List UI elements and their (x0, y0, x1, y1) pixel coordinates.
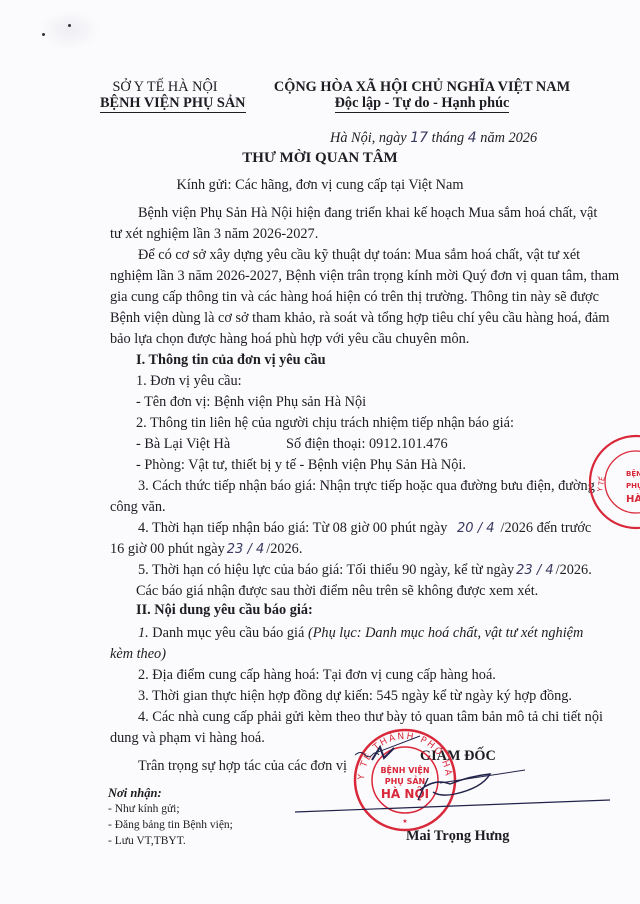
signature-strokes (0, 0, 640, 904)
document-page: SỞ Y TẾ HÀ NỘI BỆNH VIỆN PHỤ SẢN CỘNG HÒ… (0, 0, 640, 904)
